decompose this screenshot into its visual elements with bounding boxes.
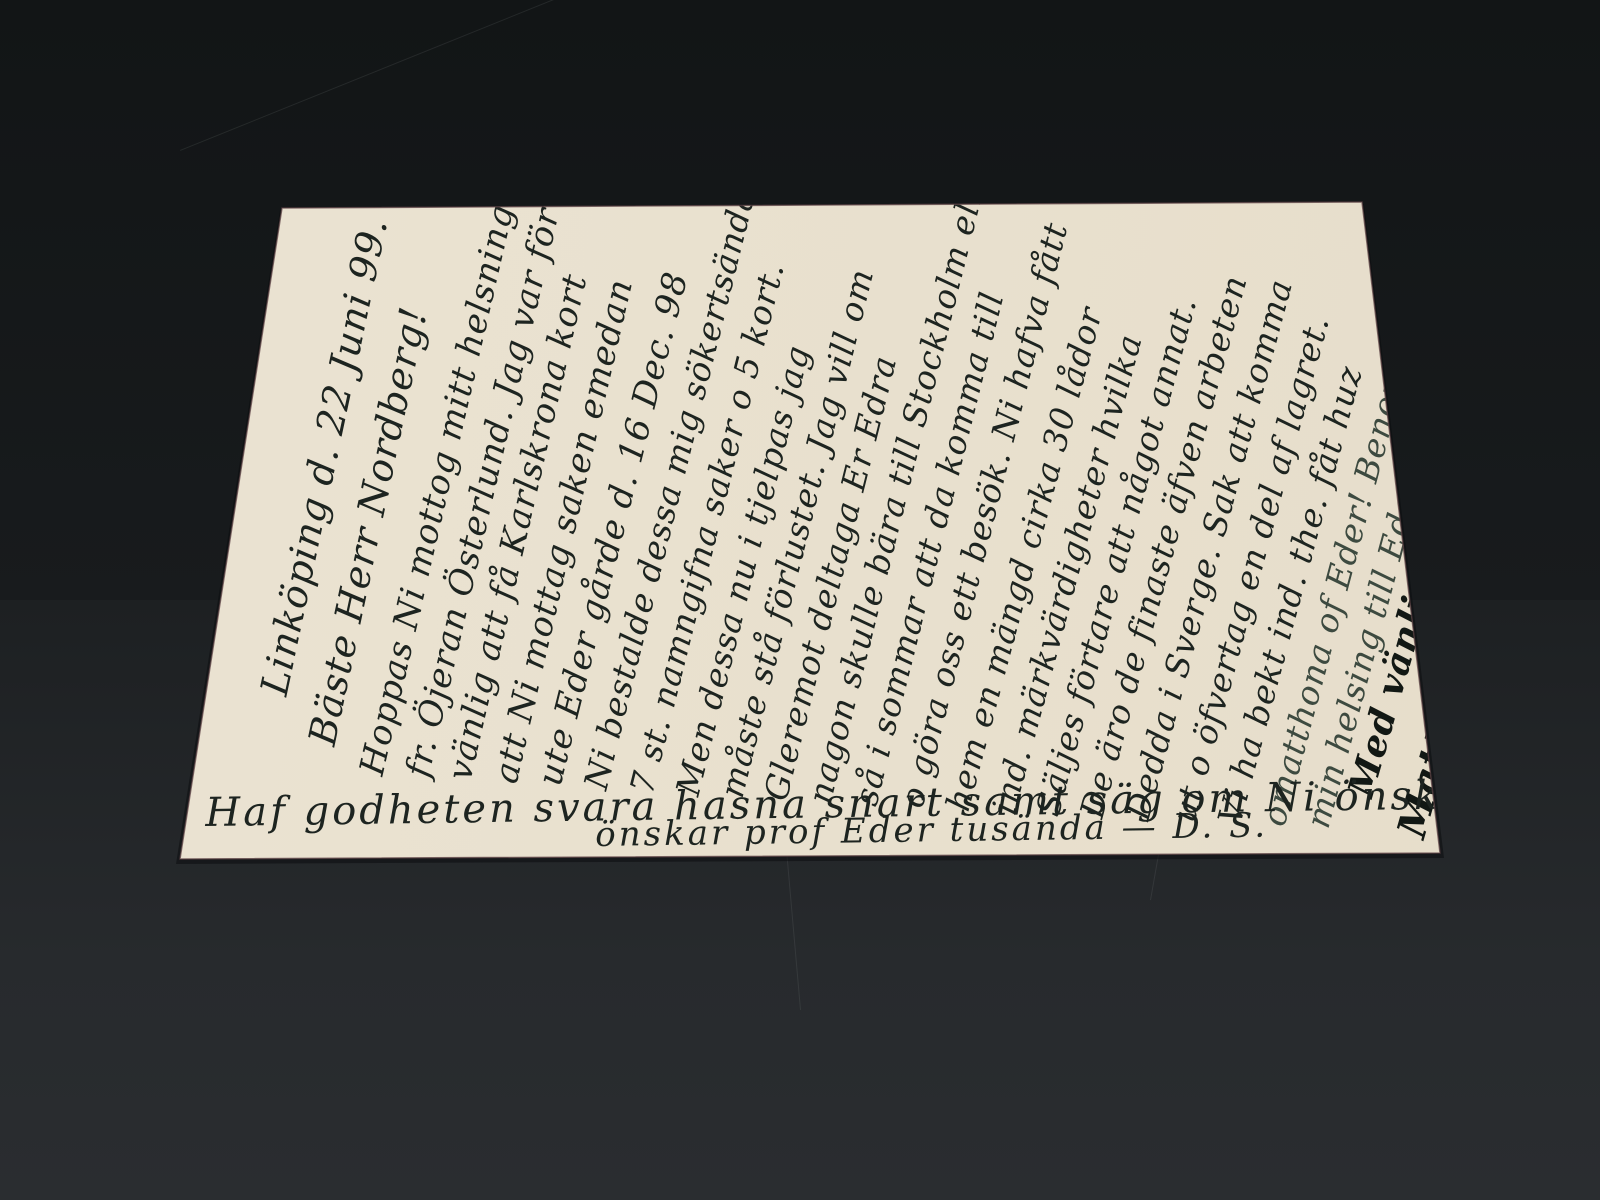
handwriting-postscript-line-2: önskar prof Eder tusända — D. S. [595,806,1268,855]
